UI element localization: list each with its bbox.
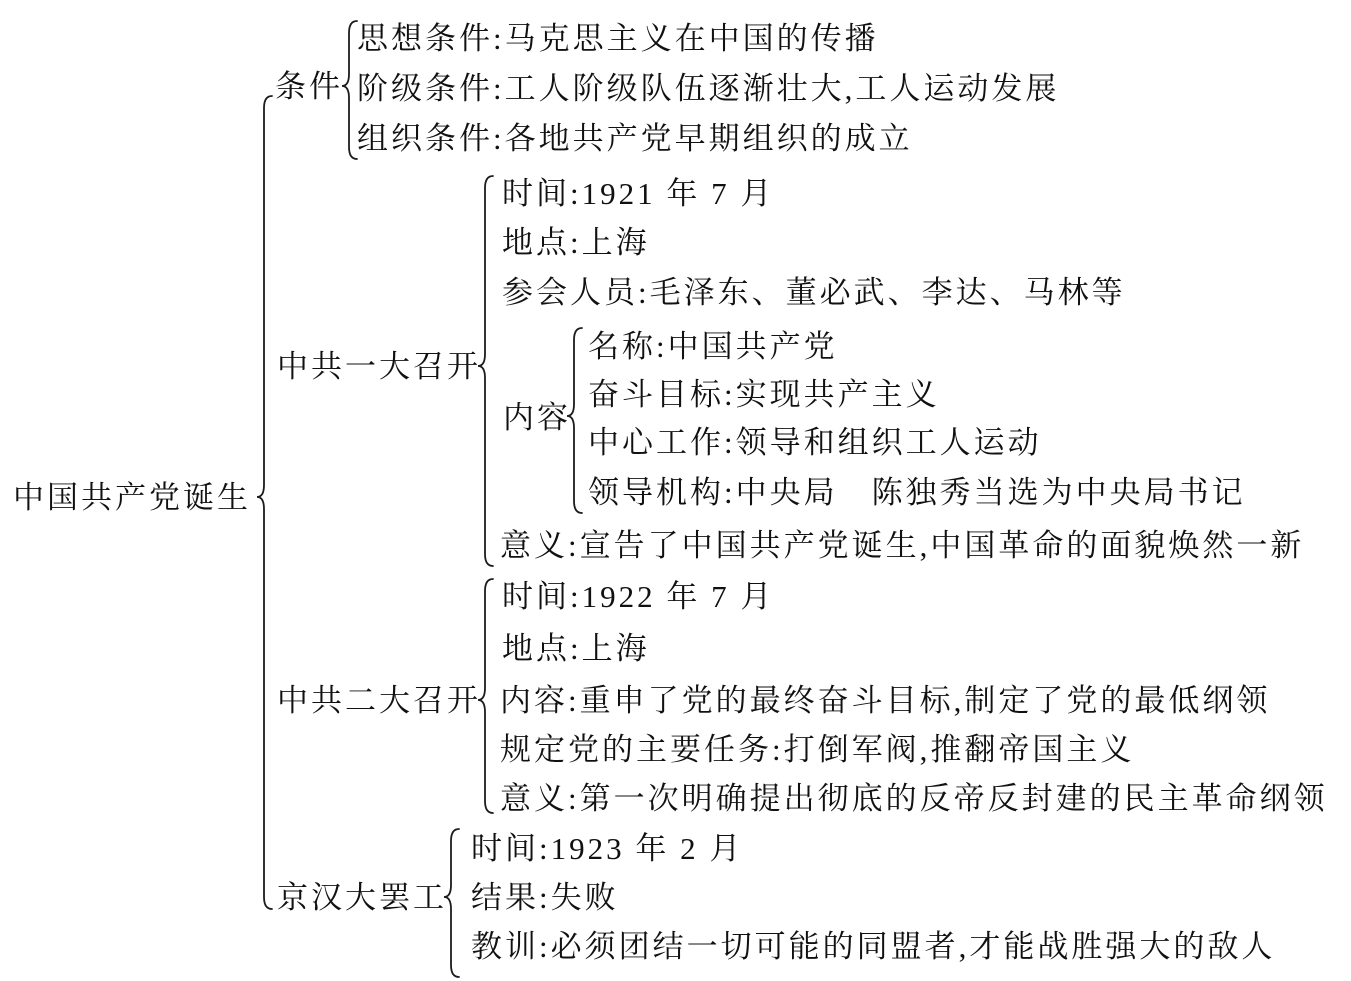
- condition-item-class: 阶级条件:工人阶级队伍逐渐壮大,工人运动发展: [357, 72, 1059, 105]
- bracket-diagram: 中国共产党诞生 条件 思想条件:马克思主义在中国的传播 阶级条件:工人阶级队伍逐…: [0, 0, 1351, 981]
- second-congress-time: 时间:1922 年 7 月: [502, 580, 774, 613]
- strike-lesson: 教训:必须团结一切可能的同盟者,才能战胜强大的敌人: [471, 930, 1275, 963]
- branch-conditions-label: 条件: [275, 70, 343, 103]
- strike-time: 时间:1923 年 2 月: [471, 832, 743, 865]
- first-congress-content-label: 内容: [503, 401, 571, 434]
- content-item-name: 名称:中国共产党: [588, 330, 838, 363]
- first-congress-place: 地点:上海: [502, 226, 650, 259]
- branch-first-congress-label: 中共一大召开: [277, 350, 481, 383]
- root-node-label: 中国共产党诞生: [13, 481, 251, 514]
- branch-strike-label: 京汉大罢工: [277, 881, 447, 914]
- strike-result: 结果:失败: [471, 881, 619, 914]
- strike-brace: [443, 828, 461, 979]
- first-congress-brace: [477, 175, 495, 568]
- content-item-central-work: 中心工作:领导和组织工人运动: [588, 426, 1042, 459]
- condition-item-organization: 组织条件:各地共产党早期组织的成立: [357, 122, 913, 155]
- content-item-leadership: 领导机构:中央局 陈独秀当选为中央局书记: [588, 476, 1246, 509]
- second-congress-place: 地点:上海: [502, 632, 650, 665]
- second-congress-task: 规定党的主要任务:打倒军阀,推翻帝国主义: [500, 733, 1134, 766]
- first-congress-time: 时间:1921 年 7 月: [502, 177, 774, 210]
- condition-item-thought: 思想条件:马克思主义在中国的传播: [357, 22, 879, 55]
- branch-second-congress-label: 中共二大召开: [277, 684, 481, 717]
- first-congress-significance: 意义:宣告了中国共产党诞生,中国革命的面貌焕然一新: [500, 529, 1304, 562]
- second-congress-content: 内容:重申了党的最终奋斗目标,制定了党的最低纲领: [500, 684, 1270, 717]
- second-congress-brace: [477, 578, 495, 815]
- content-brace: [566, 327, 584, 515]
- first-congress-attendees: 参会人员:毛泽东、董必武、李达、马林等: [502, 276, 1126, 309]
- content-item-goal: 奋斗目标:实现共产主义: [588, 378, 940, 411]
- root-brace: [256, 95, 274, 911]
- second-congress-significance: 意义:第一次明确提出彻底的反帝反封建的民主革命纲领: [500, 782, 1328, 815]
